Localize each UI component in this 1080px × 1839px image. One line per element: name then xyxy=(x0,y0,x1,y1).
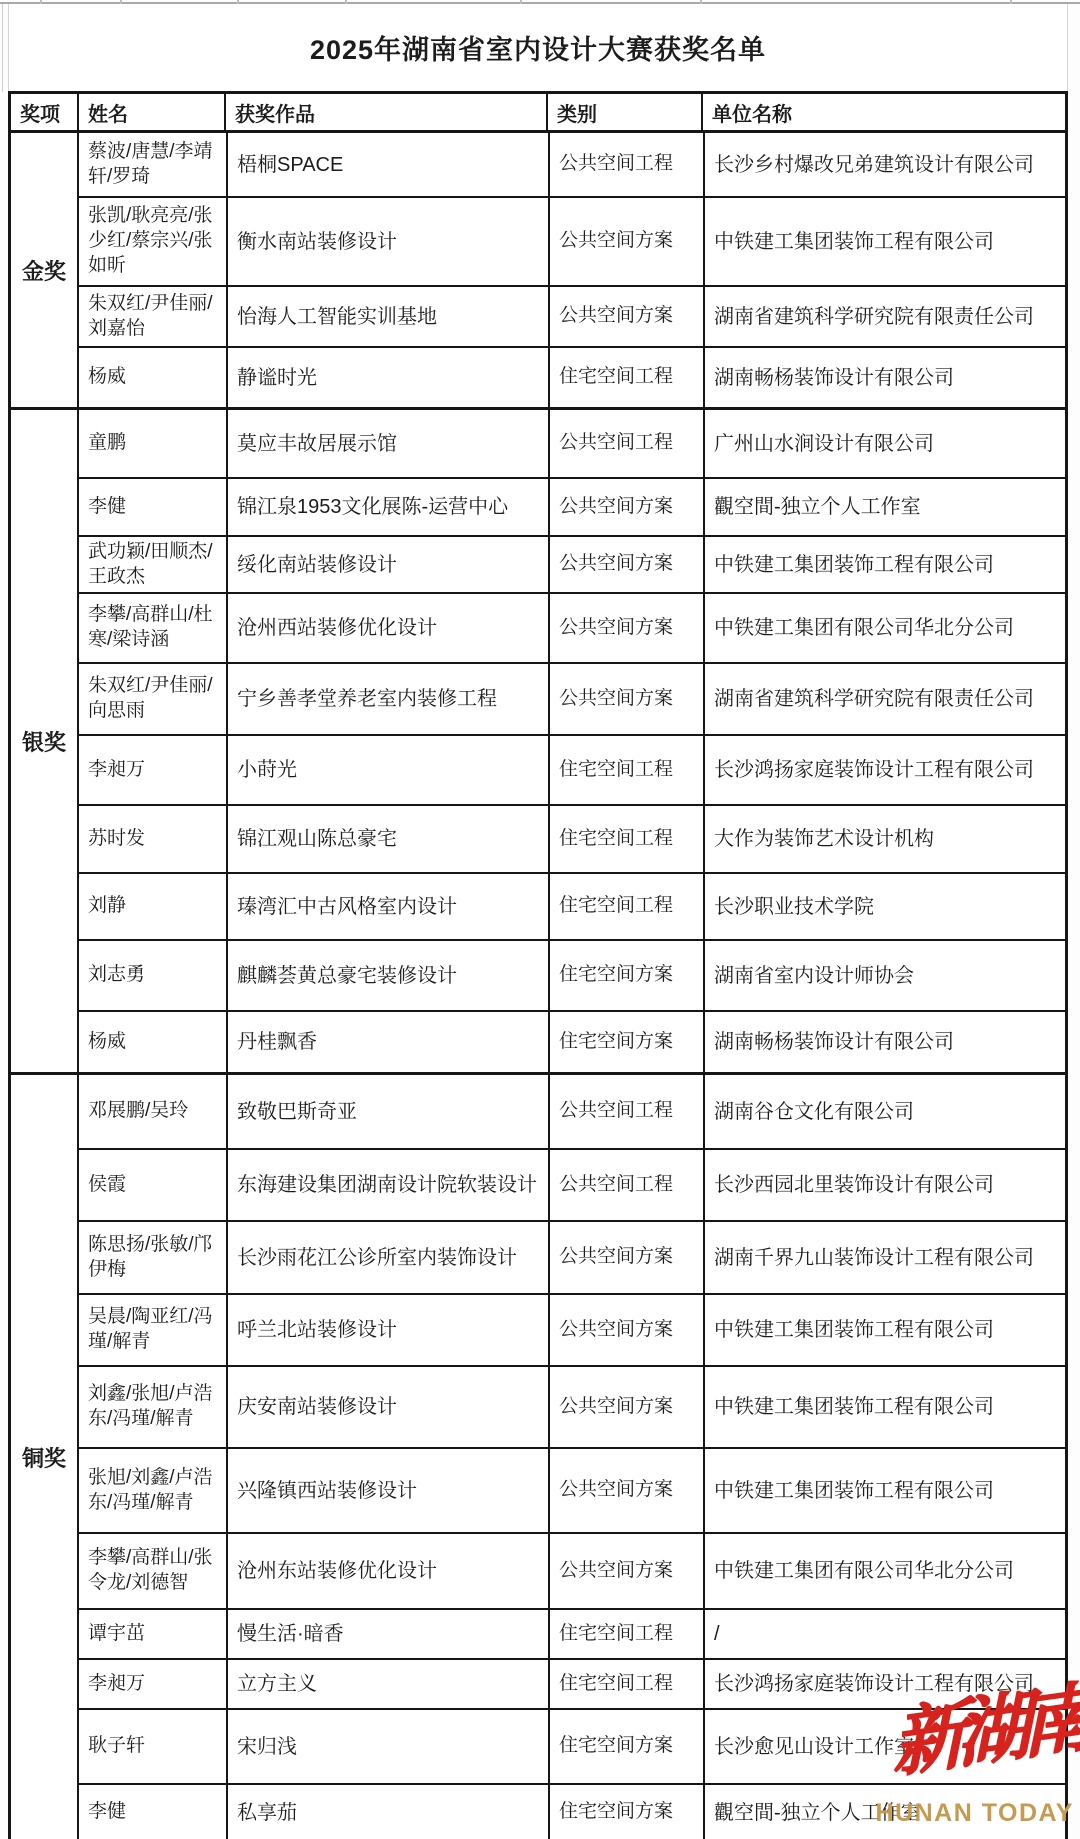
award-list-sheet: 2025年湖南省室内设计大赛获奖名单 奖项 姓名 获奖作品 类别 单位名称 金奖… xyxy=(8,4,1068,1839)
work-cell: 庆安南站装修设计 xyxy=(226,1367,548,1447)
category-cell: 公共空间方案 xyxy=(548,287,703,346)
category-cell: 公共空间方案 xyxy=(548,198,703,285)
category-cell: 住宅空间工程 xyxy=(548,874,703,939)
name-cell: 李健 xyxy=(79,1785,226,1839)
category-cell: 公共空间方案 xyxy=(548,1222,703,1293)
table-row: 杨威丹桂飘香住宅空间方案湖南畅杨装饰设计有限公司 xyxy=(79,1010,1065,1072)
name-cell: 朱双红/尹佳丽/向思雨 xyxy=(79,664,226,734)
section-rows: 蔡波/唐慧/李靖轩/罗琦梧桐SPACE公共空间工程长沙乡村爆改兄弟建筑设计有限公… xyxy=(79,133,1065,407)
category-cell: 住宅空间工程 xyxy=(548,736,703,804)
work-cell: 兴隆镇西站装修设计 xyxy=(226,1449,548,1532)
page-title: 2025年湖南省室内设计大赛获奖名单 xyxy=(310,28,766,67)
award-label: 银奖 xyxy=(11,410,79,1072)
org-cell: 长沙鸿扬家庭装饰设计工程有限公司 xyxy=(703,736,1065,804)
work-cell: 丹桂飘香 xyxy=(226,1012,548,1072)
table-row: 蔡波/唐慧/李靖轩/罗琦梧桐SPACE公共空间工程长沙乡村爆改兄弟建筑设计有限公… xyxy=(79,133,1065,196)
work-cell: 东海建设集团湖南设计院软装设计 xyxy=(226,1150,548,1220)
org-cell: 湖南谷仓文化有限公司 xyxy=(703,1075,1065,1148)
name-cell: 李攀/高群山/杜寒/梁诗涵 xyxy=(79,594,226,662)
category-cell: 住宅空间方案 xyxy=(548,1785,703,1839)
name-cell: 邓展鹏/吴玲 xyxy=(79,1075,226,1148)
table-body: 金奖蔡波/唐慧/李靖轩/罗琦梧桐SPACE公共空间工程长沙乡村爆改兄弟建筑设计有… xyxy=(11,133,1065,1839)
table-row: 陈思扬/张敏/邝伊梅长沙雨花江公诊所室内装饰设计公共空间方案湖南千界九山装饰设计… xyxy=(79,1220,1065,1293)
work-cell: 锦江观山陈总豪宅 xyxy=(226,806,548,872)
work-cell: 怡海人工智能实训基地 xyxy=(226,287,548,346)
category-cell: 公共空间方案 xyxy=(548,594,703,662)
gridline-remnant-left xyxy=(2,4,3,92)
work-cell: 宁乡善孝堂养老室内装修工程 xyxy=(226,664,548,734)
work-cell: 宋归浅 xyxy=(226,1710,548,1783)
work-cell: 锦江泉1953文化展陈-运营中心 xyxy=(226,479,548,535)
org-cell: 湖南省建筑科学研究院有限责任公司 xyxy=(703,664,1065,734)
work-cell: 沧州东站装修优化设计 xyxy=(226,1534,548,1608)
section-rows: 童鹏莫应丰故居展示馆公共空间工程广州山水涧设计有限公司李健锦江泉1953文化展陈… xyxy=(79,410,1065,1072)
name-cell: 耿子轩 xyxy=(79,1710,226,1783)
table-row: 张旭/刘鑫/卢浩东/冯瑾/解青兴隆镇西站装修设计公共空间方案中铁建工集团装饰工程… xyxy=(79,1447,1065,1532)
name-cell: 张旭/刘鑫/卢浩东/冯瑾/解青 xyxy=(79,1449,226,1532)
name-cell: 朱双红/尹佳丽/刘嘉怡 xyxy=(79,287,226,346)
category-cell: 公共空间方案 xyxy=(548,537,703,592)
name-cell: 童鹏 xyxy=(79,410,226,477)
table-row: 苏时发锦江观山陈总豪宅住宅空间工程大作为装饰艺术设计机构 xyxy=(79,804,1065,872)
table-row: 李攀/高群山/杜寒/梁诗涵沧州西站装修优化设计公共空间方案中铁建工集团有限公司华… xyxy=(79,592,1065,662)
work-cell: 立方主义 xyxy=(226,1660,548,1708)
hunan-today-logo-en: HUNAN TODAY xyxy=(876,1799,1074,1828)
name-cell: 蔡波/唐慧/李靖轩/罗琦 xyxy=(79,133,226,196)
category-cell: 公共空间方案 xyxy=(548,664,703,734)
name-cell: 苏时发 xyxy=(79,806,226,872)
awards-table: 奖项 姓名 获奖作品 类别 单位名称 金奖蔡波/唐慧/李靖轩/罗琦梧桐SPACE… xyxy=(8,91,1068,1839)
column-header-work: 获奖作品 xyxy=(224,94,546,130)
name-cell: 刘静 xyxy=(79,874,226,939)
work-cell: 慢生活·暗香 xyxy=(226,1610,548,1658)
category-cell: 住宅空间工程 xyxy=(548,806,703,872)
award-section-1: 金奖蔡波/唐慧/李靖轩/罗琦梧桐SPACE公共空间工程长沙乡村爆改兄弟建筑设计有… xyxy=(11,133,1065,407)
org-cell: 中铁建工集团装饰工程有限公司 xyxy=(703,1449,1065,1532)
table-row: 张凯/耿亮亮/张少红/蔡宗兴/张如昕衡水南站装修设计公共空间方案中铁建工集团装饰… xyxy=(79,196,1065,285)
work-cell: 长沙雨花江公诊所室内装饰设计 xyxy=(226,1222,548,1293)
name-cell: 陈思扬/张敏/邝伊梅 xyxy=(79,1222,226,1293)
category-cell: 住宅空间方案 xyxy=(548,941,703,1010)
table-row: 谭宇茁慢生活·暗香住宅空间工程/ xyxy=(79,1608,1065,1658)
award-section-2: 银奖童鹏莫应丰故居展示馆公共空间工程广州山水涧设计有限公司李健锦江泉1953文化… xyxy=(11,407,1065,1072)
category-cell: 公共空间工程 xyxy=(548,1150,703,1220)
org-cell: 湖南畅杨装饰设计有限公司 xyxy=(703,1012,1065,1072)
work-cell: 麒麟荟黄总豪宅装修设计 xyxy=(226,941,548,1010)
work-cell: 呼兰北站装修设计 xyxy=(226,1295,548,1365)
name-cell: 杨威 xyxy=(79,1012,226,1072)
table-row: 侯霞东海建设集团湖南设计院软装设计公共空间工程长沙西园北里装饰设计有限公司 xyxy=(79,1148,1065,1220)
work-cell: 致敬巴斯奇亚 xyxy=(226,1075,548,1148)
name-cell: 杨威 xyxy=(79,348,226,407)
category-cell: 住宅空间工程 xyxy=(548,348,703,407)
org-cell: 湖南省建筑科学研究院有限责任公司 xyxy=(703,287,1065,346)
name-cell: 武功颖/田顺杰/王政杰 xyxy=(79,537,226,592)
table-row: 吴晨/陶亚红/冯瑾/解青呼兰北站装修设计公共空间方案中铁建工集团装饰工程有限公司 xyxy=(79,1293,1065,1365)
category-cell: 公共空间工程 xyxy=(548,1075,703,1148)
table-row: 童鹏莫应丰故居展示馆公共空间工程广州山水涧设计有限公司 xyxy=(79,410,1065,477)
category-cell: 住宅空间方案 xyxy=(548,1710,703,1783)
table-row: 武功颖/田顺杰/王政杰绥化南站装修设计公共空间方案中铁建工集团装饰工程有限公司 xyxy=(79,535,1065,592)
org-cell: 长沙职业技术学院 xyxy=(703,874,1065,939)
table-row: 李攀/高群山/张令龙/刘德智沧州东站装修优化设计公共空间方案中铁建工集团有限公司… xyxy=(79,1532,1065,1608)
org-cell: 觀空間-独立个人工作室 xyxy=(703,479,1065,535)
category-cell: 公共空间方案 xyxy=(548,1534,703,1608)
award-label: 铜奖 xyxy=(11,1075,79,1839)
work-cell: 沧州西站装修优化设计 xyxy=(226,594,548,662)
column-header-name: 姓名 xyxy=(77,94,224,130)
work-cell: 瑧湾汇中古风格室内设计 xyxy=(226,874,548,939)
category-cell: 住宅空间工程 xyxy=(548,1610,703,1658)
name-cell: 谭宇茁 xyxy=(79,1610,226,1658)
org-cell: 长沙乡村爆改兄弟建筑设计有限公司 xyxy=(703,133,1065,196)
column-header-award: 奖项 xyxy=(11,94,77,130)
work-cell: 小莳光 xyxy=(226,736,548,804)
name-cell: 刘志勇 xyxy=(79,941,226,1010)
name-cell: 李昶万 xyxy=(79,736,226,804)
work-cell: 莫应丰故居展示馆 xyxy=(226,410,548,477)
table-row: 朱双红/尹佳丽/刘嘉怡怡海人工智能实训基地公共空间方案湖南省建筑科学研究院有限责… xyxy=(79,285,1065,346)
category-cell: 住宅空间工程 xyxy=(548,1660,703,1708)
name-cell: 侯霞 xyxy=(79,1150,226,1220)
column-header-category: 类别 xyxy=(546,94,701,130)
name-cell: 刘鑫/张旭/卢浩东/冯瑾/解青 xyxy=(79,1367,226,1447)
category-cell: 公共空间方案 xyxy=(548,1449,703,1532)
category-cell: 住宅空间方案 xyxy=(548,1012,703,1072)
table-row: 李昶万小莳光住宅空间工程长沙鸿扬家庭装饰设计工程有限公司 xyxy=(79,734,1065,804)
org-cell: 广州山水涧设计有限公司 xyxy=(703,410,1065,477)
org-cell: 湖南畅杨装饰设计有限公司 xyxy=(703,348,1065,407)
table-row: 刘鑫/张旭/卢浩东/冯瑾/解青庆安南站装修设计公共空间方案中铁建工集团装饰工程有… xyxy=(79,1365,1065,1447)
award-label: 金奖 xyxy=(11,133,79,407)
category-cell: 公共空间工程 xyxy=(548,133,703,196)
title-row: 2025年湖南省室内设计大赛获奖名单 xyxy=(8,4,1068,91)
org-cell: 中铁建工集团装饰工程有限公司 xyxy=(703,537,1065,592)
org-cell: 大作为装饰艺术设计机构 xyxy=(703,806,1065,872)
work-cell: 衡水南站装修设计 xyxy=(226,198,548,285)
category-cell: 公共空间方案 xyxy=(548,1367,703,1447)
org-cell: 湖南省室内设计师协会 xyxy=(703,941,1065,1010)
org-cell: 中铁建工集团有限公司华北分公司 xyxy=(703,594,1065,662)
org-cell: 湖南千界九山装饰设计工程有限公司 xyxy=(703,1222,1065,1293)
name-cell: 李攀/高群山/张令龙/刘德智 xyxy=(79,1534,226,1608)
org-cell: 中铁建工集团有限公司华北分公司 xyxy=(703,1534,1065,1608)
category-cell: 公共空间方案 xyxy=(548,479,703,535)
table-header-row: 奖项 姓名 获奖作品 类别 单位名称 xyxy=(11,94,1065,133)
work-cell: 私享茄 xyxy=(226,1785,548,1839)
category-cell: 公共空间工程 xyxy=(548,410,703,477)
org-cell: 中铁建工集团装饰工程有限公司 xyxy=(703,198,1065,285)
table-row: 邓展鹏/吴玲致敬巴斯奇亚公共空间工程湖南谷仓文化有限公司 xyxy=(79,1075,1065,1148)
name-cell: 李健 xyxy=(79,479,226,535)
table-row: 杨威静谧时光住宅空间工程湖南畅杨装饰设计有限公司 xyxy=(79,346,1065,407)
category-cell: 公共空间方案 xyxy=(548,1295,703,1365)
org-cell: 中铁建工集团装饰工程有限公司 xyxy=(703,1367,1065,1447)
name-cell: 张凯/耿亮亮/张少红/蔡宗兴/张如昕 xyxy=(79,198,226,285)
work-cell: 静谧时光 xyxy=(226,348,548,407)
name-cell: 李昶万 xyxy=(79,1660,226,1708)
table-row: 李健锦江泉1953文化展陈-运营中心公共空间方案觀空間-独立个人工作室 xyxy=(79,477,1065,535)
name-cell: 吴晨/陶亚红/冯瑾/解青 xyxy=(79,1295,226,1365)
table-row: 朱双红/尹佳丽/向思雨宁乡善孝堂养老室内装修工程公共空间方案湖南省建筑科学研究院… xyxy=(79,662,1065,734)
column-header-org: 单位名称 xyxy=(701,94,1065,130)
org-cell: / xyxy=(703,1610,1065,1658)
table-row: 刘静瑧湾汇中古风格室内设计住宅空间工程长沙职业技术学院 xyxy=(79,872,1065,939)
work-cell: 绥化南站装修设计 xyxy=(226,537,548,592)
table-row: 刘志勇麒麟荟黄总豪宅装修设计住宅空间方案湖南省室内设计师协会 xyxy=(79,939,1065,1010)
work-cell: 梧桐SPACE xyxy=(226,133,548,196)
org-cell: 中铁建工集团装饰工程有限公司 xyxy=(703,1295,1065,1365)
org-cell: 长沙西园北里装饰设计有限公司 xyxy=(703,1150,1065,1220)
